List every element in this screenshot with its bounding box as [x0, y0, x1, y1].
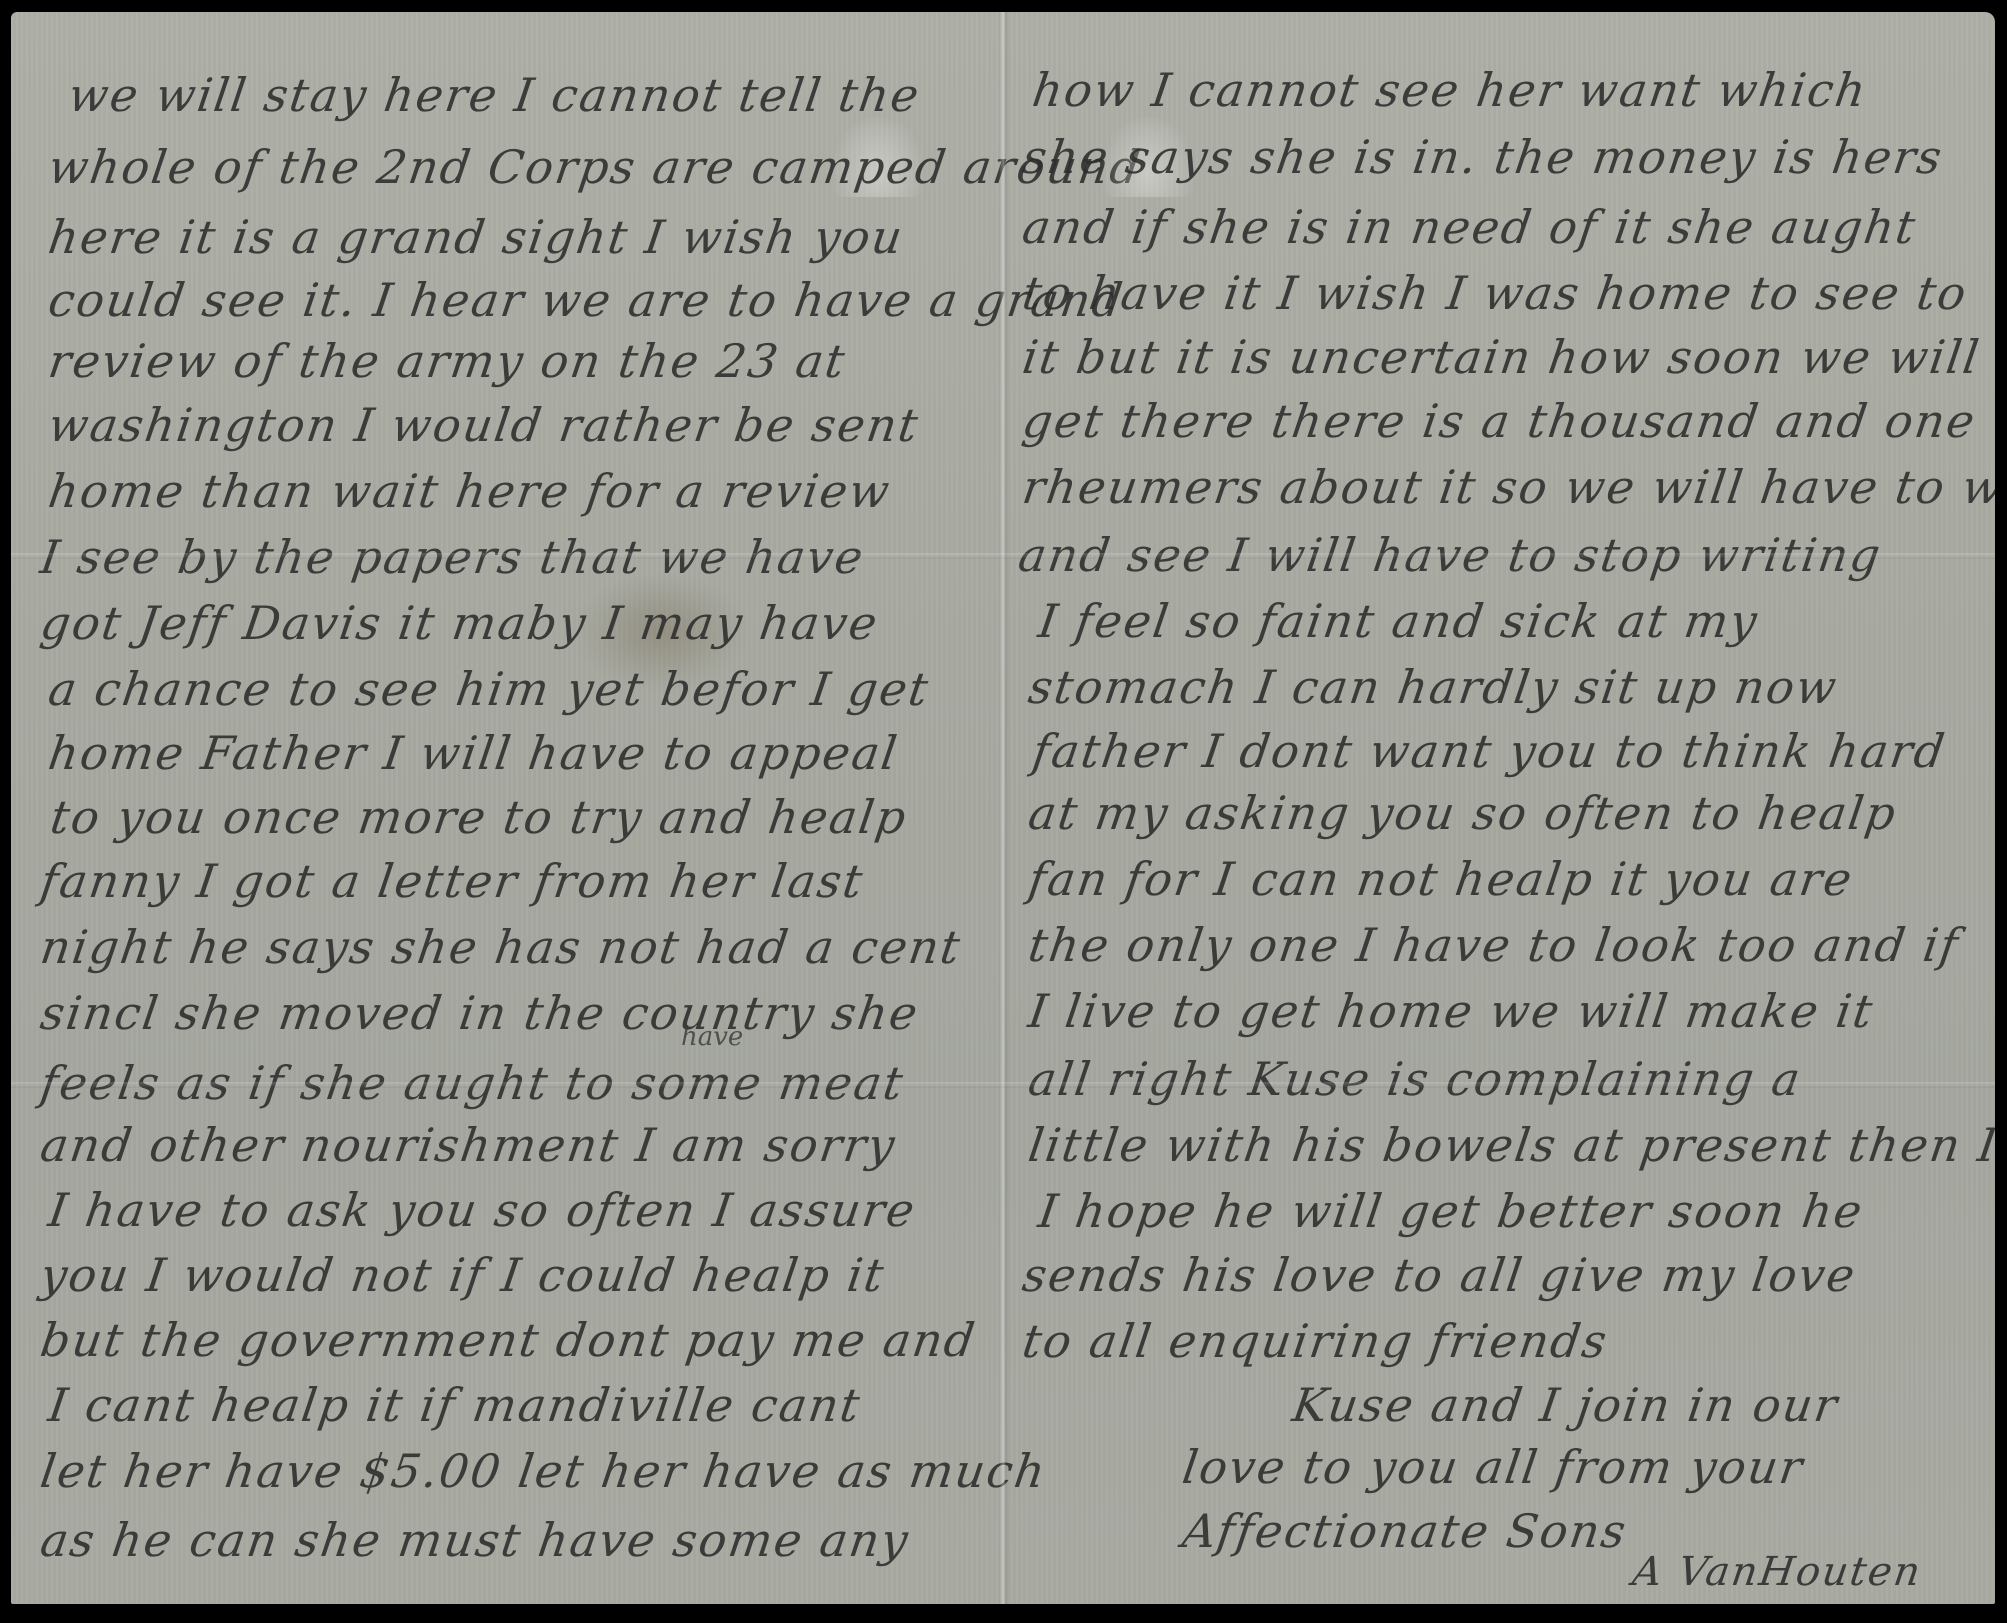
letter-line: got Jeff Davis it maby I may have	[38, 600, 882, 646]
letter-line: to have it I wish I was home to see to	[1020, 270, 1971, 316]
letter-line: home than wait here for a review	[46, 468, 894, 514]
letter-line: washington I would rather be sent	[46, 402, 923, 448]
letter-line: night he says she has not had a cent	[38, 924, 965, 970]
letter-line: at my asking you so often to healp	[1026, 790, 1900, 836]
letter-line: you I would not if I could healp it	[38, 1252, 888, 1298]
letter-line: here it is a grand sight I wish you	[46, 214, 907, 260]
right-page: how I cannot see her want which she says…	[1003, 12, 1995, 1604]
letter-line: how I cannot see her want which	[1030, 67, 1871, 113]
letter-line: father I dont want you to think hard	[1030, 728, 1949, 774]
letter-line: I live to get home we will make it	[1026, 988, 1877, 1034]
letter-line: home Father I will have to appeal	[46, 730, 902, 776]
letter-line: little with his bowels at present then I	[1026, 1122, 1995, 1168]
letter-line: I feel so faint and sick at my	[1036, 598, 1762, 644]
letter-line: we will stay here I cannot tell the	[66, 72, 924, 118]
letter-line: sincl she moved in the country she	[38, 990, 922, 1036]
letter-line: review of the army on the 23 at	[46, 338, 850, 384]
closing-line: Kuse and I join in our	[1290, 1382, 1842, 1428]
letter-line: rheumers about it so we will have to wai…	[1020, 464, 1995, 510]
inserted-word: have	[681, 1022, 743, 1052]
letter-line: I cant healp it if mandiville cant	[46, 1382, 865, 1428]
letter-line: as he can she must have some any	[38, 1517, 913, 1563]
vertical-fold	[999, 12, 1009, 1604]
letter-line: she says she is in. the money is hers	[1020, 134, 1947, 180]
letter-line: stomach I can hardly sit up now	[1026, 664, 1841, 710]
letter-line: all right Kuse is complaining a	[1026, 1056, 1805, 1102]
letter-line: and other nourishment I am sorry	[38, 1122, 899, 1168]
closing-line: Affectionate Sons	[1180, 1508, 1631, 1554]
letter-line: to all enquiring friends	[1020, 1318, 1611, 1364]
letter-line: fanny I got a letter from her last	[38, 858, 867, 904]
letter-line: to you once more to try and healp	[48, 794, 911, 840]
letter-line: let her have $5.00 let her have as much	[38, 1448, 1050, 1494]
letter-line: it but it is uncertain how soon we will	[1020, 334, 1984, 380]
closing-line: love to you all from your	[1180, 1444, 1807, 1490]
letter-line: get there there is a thousand and one	[1020, 398, 1979, 444]
letter-line: whole of the 2nd Corps are camped around	[46, 144, 1145, 190]
horizontal-fold	[11, 553, 1995, 559]
horizontal-fold	[11, 1082, 1995, 1088]
letter-line: a chance to see him yet befor I get	[46, 666, 933, 712]
left-page: we will stay here I cannot tell the whol…	[11, 12, 1003, 1604]
letter-line: the only one I have to look too and if	[1026, 922, 1963, 968]
letter-sheet: we will stay here I cannot tell the whol…	[11, 12, 1995, 1604]
letter-line: I have to ask you so often I assure	[46, 1187, 919, 1233]
letter-line: and if she is in need of it she aught	[1020, 204, 1920, 250]
letter-line: could see it. I hear we are to have a gr…	[46, 277, 1127, 323]
signature: A VanHouten	[1630, 1552, 1924, 1592]
letter-line: I hope he will get better soon he	[1036, 1188, 1867, 1234]
letter-line: sends his love to all give my love	[1020, 1252, 1860, 1298]
letter-line: fan for I can not healp it you are	[1026, 856, 1857, 902]
letter-line: but the government dont pay me and	[38, 1317, 979, 1363]
